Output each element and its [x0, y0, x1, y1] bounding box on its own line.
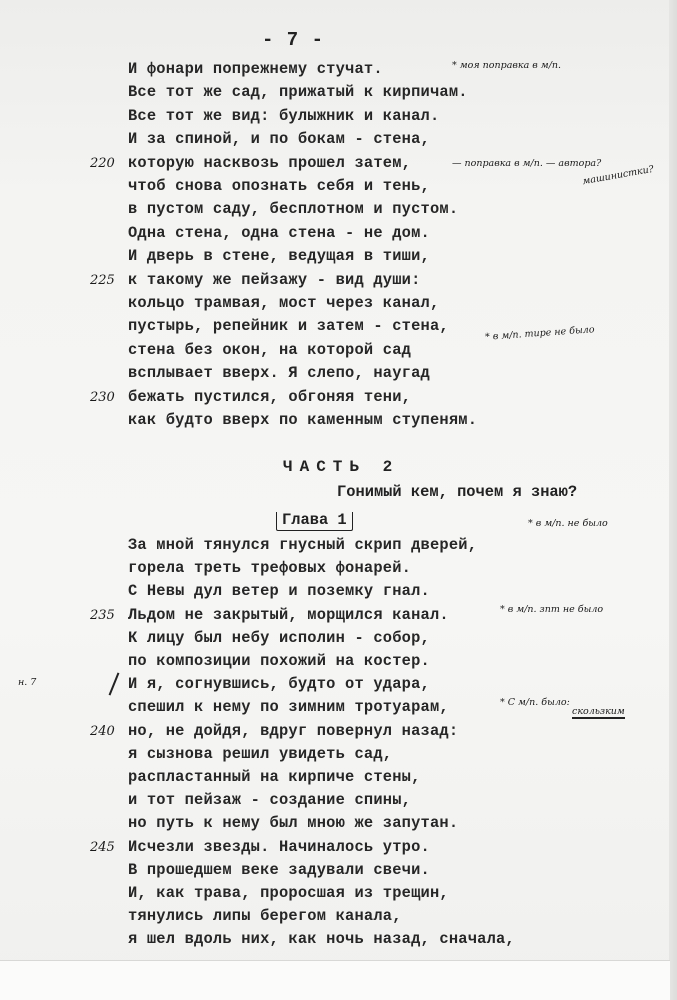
verse-line: тянулись липы берегом канала,: [128, 907, 402, 925]
verse-line: горела треть трефовых фонарей.: [128, 559, 411, 577]
handwritten-note: * С м/п. было:: [500, 697, 570, 708]
line-number: 230: [90, 390, 115, 405]
verse-line: стена без окон, на которой сад: [128, 341, 411, 359]
verse-line: по композиции похожий на костер.: [128, 652, 430, 670]
handwritten-note: скользким: [572, 706, 625, 719]
line-number: 235: [90, 608, 115, 623]
handwritten-note: * в м/п. тире не было: [485, 324, 595, 343]
verse-line: чтоб снова опознать себя и тень,: [128, 177, 430, 195]
verse-line: но путь к нему был мною же запутан.: [128, 814, 458, 832]
page-bottom-margin: [0, 960, 670, 1000]
verse-line: И, как трава, проросшая из трещин,: [128, 884, 449, 902]
verse-line: всплывает вверх. Я слепо, наугад: [128, 364, 430, 382]
margin-note: н. 7: [18, 677, 36, 688]
verse-line: И за спиной, и по бокам - стена,: [128, 130, 430, 148]
verse-line: спешил к нему по зимним тротуарам,: [128, 698, 449, 716]
verse-line: к такому же пейзажу - вид души:: [128, 271, 421, 289]
verse-line: Все тот же сад, прижатый к кирпичам.: [128, 83, 468, 101]
verse-line: в пустом саду, бесплотном и пустом.: [128, 200, 458, 218]
verse-line: За мной тянулся гнусный скрип дверей,: [128, 536, 477, 554]
handwritten-note: * в м/п. не было: [528, 518, 608, 529]
handwritten-note: * моя поправка в м/п.: [452, 60, 561, 71]
verse-line: И дверь в стене, ведущая в тиши,: [128, 247, 430, 265]
line-number: 225: [90, 273, 115, 288]
verse-line: Исчезли звезды. Начиналось утро.: [128, 838, 430, 856]
handwritten-note: — поправка в м/п. — автора?: [452, 158, 601, 169]
verse-line: И фонари попрежнему стучат.: [128, 60, 383, 78]
verse-line: С Невы дул ветер и поземку гнал.: [128, 582, 430, 600]
verse-line: Одна стена, одна стена - не дом.: [128, 224, 430, 242]
verse-line: как будто вверх по каменным ступеням.: [128, 411, 477, 429]
part-title: ЧАСТЬ 2: [283, 458, 399, 476]
epigraph: Гонимый кем, почем я знаю?: [337, 483, 577, 501]
verse-line: В прошедшем веке задували свечи.: [128, 861, 430, 879]
verse-line: К лицу был небу исполин - собор,: [128, 629, 430, 647]
line-number: 220: [90, 156, 115, 171]
page-number: - 7 -: [262, 29, 324, 51]
verse-line: бежать пустился, обгоняя тени,: [128, 388, 411, 406]
verse-line: я сызнова решил увидеть сад,: [128, 745, 392, 763]
verse-line: распластанный на кирпиче стены,: [128, 768, 421, 786]
verse-line: которую насквозь прошел затем,: [128, 154, 411, 172]
verse-line: И я, согнувшись, будто от удара,: [128, 675, 430, 693]
verse-line: Все тот же вид: булыжник и канал.: [128, 107, 439, 125]
verse-line: кольцо трамвая, мост через канал,: [128, 294, 439, 312]
verse-line: Льдом не закрытый, морщился канал.: [128, 606, 449, 624]
chapter-heading: Глава 1: [276, 512, 353, 531]
verse-line: я шел вдоль них, как ночь назад, сначала…: [128, 930, 515, 948]
line-number: 240: [90, 724, 115, 739]
margin-slash-mark: [109, 672, 120, 695]
verse-line: но, не дойдя, вдруг повернул назад:: [128, 722, 458, 740]
handwritten-note: * в м/п. зпт не было: [500, 604, 603, 615]
verse-line: пустырь, репейник и затем - стена,: [128, 317, 449, 335]
page-edge-shadow: [669, 0, 677, 1000]
document-page: - 7 - И фонари попрежнему стучат.Все тот…: [0, 0, 677, 1000]
verse-line: и тот пейзаж - создание спины,: [128, 791, 411, 809]
line-number: 245: [90, 840, 115, 855]
